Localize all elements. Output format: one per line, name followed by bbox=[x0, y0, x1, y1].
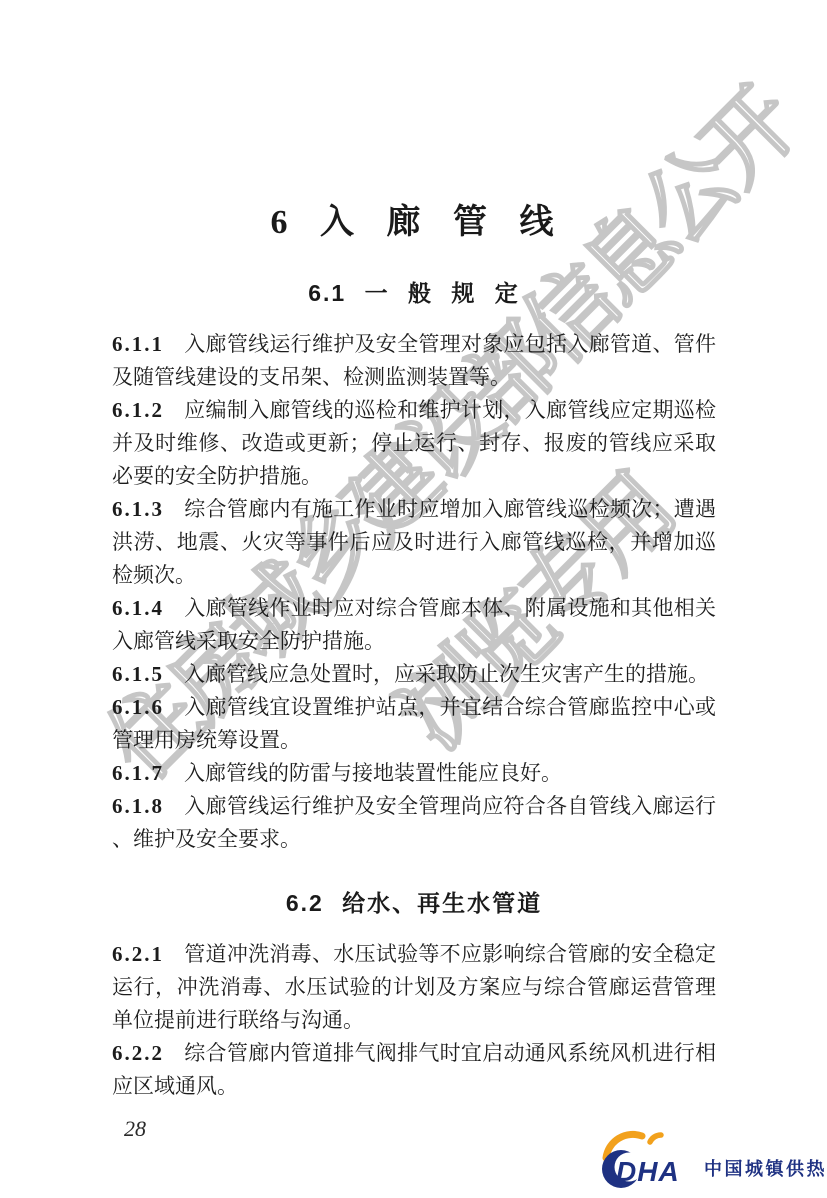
clause-number: 6.1.6 bbox=[112, 695, 164, 719]
section-heading-6-2: 6.2 给水、再生水管道 bbox=[112, 886, 716, 920]
clause-6-1-8: 6.1.8入廊管线运行维护及安全管理尚应符合各自管线入廊运行、维护及安全要求。 bbox=[112, 790, 716, 856]
dha-acronym: DHA bbox=[616, 1156, 680, 1187]
document-page: 住房城乡建设部信息公开 浏览专用 6 入 廊 管 线 6.1 一 般 规 定 6… bbox=[0, 0, 827, 1198]
clause-number: 6.1.2 bbox=[112, 398, 164, 422]
section-heading-6-1: 6.1 一 般 规 定 bbox=[112, 276, 716, 310]
clause-number: 6.2.1 bbox=[112, 942, 164, 966]
org-name: 中国城镇供热协会 bbox=[704, 1155, 827, 1190]
clause-text: 应编制入廊管线的巡检和维护计划，入廊管线应定期巡检并及时维修、改造或更新；停止运… bbox=[112, 398, 716, 488]
dha-logo-icon: DHA bbox=[598, 1126, 694, 1190]
clause-number: 6.2.2 bbox=[112, 1041, 164, 1065]
clause-number: 6.1.5 bbox=[112, 662, 164, 686]
clause-6-1-6: 6.1.6入廊管线宜设置维护站点，并宜结合综合管廊监控中心或管理用房统筹设置。 bbox=[112, 691, 716, 757]
clause-6-1-3: 6.1.3综合管廊内有施工作业时应增加入廊管线巡检频次；遭遇洪涝、地震、火灾等事… bbox=[112, 493, 716, 592]
clause-6-1-1: 6.1.1入廊管线运行维护及安全管理对象应包括入廊管道、管件及随管线建设的支吊架… bbox=[112, 328, 716, 394]
clause-text: 入廊管线作业时应对综合管廊本体、附属设施和其他相关入廊管线采取安全防护措施。 bbox=[112, 596, 716, 653]
clause-6-1-4: 6.1.4入廊管线作业时应对综合管廊本体、附属设施和其他相关入廊管线采取安全防护… bbox=[112, 592, 716, 658]
clause-text: 综合管廊内有施工作业时应增加入廊管线巡检频次；遭遇洪涝、地震、火灾等事件后应及时… bbox=[112, 497, 716, 587]
clause-6-1-7: 6.1.7入廊管线的防雷与接地装置性能应良好。 bbox=[112, 757, 716, 790]
clause-text: 入廊管线运行维护及安全管理对象应包括入廊管道、管件及随管线建设的支吊架、检测监测… bbox=[112, 332, 716, 389]
page-number: 28 bbox=[124, 1116, 146, 1142]
clause-number: 6.1.1 bbox=[112, 332, 164, 356]
clause-text: 入廊管线宜设置维护站点，并宜结合综合管廊监控中心或管理用房统筹设置。 bbox=[112, 695, 716, 752]
document-content: 6 入 廊 管 线 6.1 一 般 规 定 6.1.1入廊管线运行维护及安全管理… bbox=[112, 200, 716, 1103]
clause-number: 6.1.3 bbox=[112, 497, 164, 521]
clause-text: 入廊管线的防雷与接地装置性能应良好。 bbox=[184, 761, 562, 785]
clause-6-1-5: 6.1.5入廊管线应急处置时，应采取防止次生灾害产生的措施。 bbox=[112, 658, 716, 691]
clause-text: 入廊管线运行维护及安全管理尚应符合各自管线入廊运行、维护及安全要求。 bbox=[112, 794, 716, 851]
dha-logo: DHA 中国城镇供热协会 bbox=[598, 1126, 827, 1190]
clause-6-2-2: 6.2.2综合管廊内管道排气阀排气时宜启动通风系统风机进行相应区域通风。 bbox=[112, 1037, 716, 1103]
clause-6-1-2: 6.1.2应编制入廊管线的巡检和维护计划，入廊管线应定期巡检并及时维修、改造或更… bbox=[112, 394, 716, 493]
clause-number: 6.1.7 bbox=[112, 761, 164, 785]
clause-number: 6.1.4 bbox=[112, 596, 164, 620]
clause-text: 入廊管线应急处置时，应采取防止次生灾害产生的措施。 bbox=[184, 662, 709, 686]
chapter-title: 6 入 廊 管 线 bbox=[112, 200, 716, 246]
clause-number: 6.1.8 bbox=[112, 794, 164, 818]
clause-text: 管道冲洗消毒、水压试验等不应影响综合管廊的安全稳定运行，冲洗消毒、水压试验的计划… bbox=[112, 942, 716, 1032]
clause-6-2-1: 6.2.1管道冲洗消毒、水压试验等不应影响综合管廊的安全稳定运行，冲洗消毒、水压… bbox=[112, 938, 716, 1037]
clause-text: 综合管廊内管道排气阀排气时宜启动通风系统风机进行相应区域通风。 bbox=[112, 1041, 716, 1098]
